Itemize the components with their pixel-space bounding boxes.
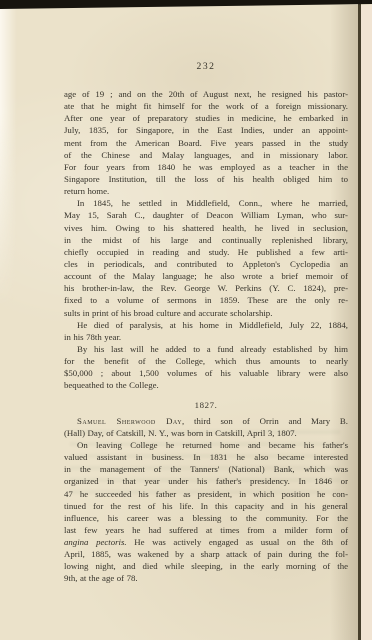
paragraph: age of 19 ; and on the 20th of August ne… (64, 88, 348, 197)
scanner-edge-top (0, 0, 372, 9)
text-line: By his last will he added to a fund alre… (64, 343, 348, 355)
section-heading: 1827. (64, 399, 348, 411)
text-line: in the management of the Tanners' (Natio… (64, 463, 348, 475)
text-line: For four years from 1840 he was employed… (64, 161, 348, 173)
paragraph: Samuel Sherwood Day, third son of Orrin … (64, 415, 348, 439)
text-line: account of the Malay language; he also w… (64, 270, 348, 282)
text-line: organized in that year under his father'… (64, 475, 348, 487)
text-line: fixed to a volume of sermons in 1859. Th… (64, 294, 348, 306)
text-line: chiefly occupied in reading and study. H… (64, 246, 348, 258)
text-line: return home. (64, 185, 348, 197)
text-line: his brother-in-law, the Rev. George W. P… (64, 282, 348, 294)
text-line: influence, his career was a blessing to … (64, 512, 348, 524)
text-line: May 15, Sarah C., daughter of Deacon Wil… (64, 209, 348, 221)
text-line: ment from the American Board. Five years… (64, 137, 348, 149)
adjacent-page-strip (360, 5, 372, 640)
text-line: tinued for the rest of his life. In this… (64, 500, 348, 512)
text-line: 9th, at the age of 78. (64, 572, 348, 584)
text-line: angina pectoris. He was actively engaged… (64, 536, 348, 548)
text-line: (Hall) Day, of Catskill, N. Y., was born… (64, 427, 348, 439)
text-line: In 1845, he settled in Middlefield, Conn… (64, 197, 348, 209)
text-line: July, 1835, for Singapore, in the East I… (64, 124, 348, 136)
text-line: He died of paralysis, at his home in Mid… (64, 319, 348, 331)
text-line: On leaving College he returned home and … (64, 439, 348, 451)
text-line: in the midst of his large and continuall… (64, 234, 348, 246)
text-line: bequeathed to the College. (64, 379, 348, 391)
text-line: ate that he might fit himself for the wo… (64, 100, 348, 112)
paragraph: He died of paralysis, at his home in Mid… (64, 319, 348, 343)
text-line: 47 he succeeded his father as president,… (64, 488, 348, 500)
text-line: last few years he had suffered at times … (64, 524, 348, 536)
paragraph: On leaving College he returned home and … (64, 439, 348, 585)
text-line: valued assistant in business. In 1831 he… (64, 451, 348, 463)
text-line: cles in periodicals, and contributed to … (64, 258, 348, 270)
book-page-scan: 232 age of 19 ; and on the 20th of Augus… (0, 0, 372, 640)
text-line: sults in print of his broad culture and … (64, 307, 348, 319)
text-line: lowing night, and died while sleeping, i… (64, 560, 348, 572)
text-line: After one year of preparatory studies in… (64, 112, 348, 124)
page-edge-line-right (358, 4, 361, 640)
text-line: age of 19 ; and on the 20th of August ne… (64, 88, 348, 100)
paragraph: In 1845, he settled in Middlefield, Conn… (64, 197, 348, 318)
page-number: 232 (64, 61, 348, 72)
text-line: for the benefit of the College, which th… (64, 355, 348, 367)
text-line: in his 78th year. (64, 331, 348, 343)
text-line: Samuel Sherwood Day, third son of Orrin … (64, 415, 348, 427)
page-edge-highlight-left (0, 7, 17, 307)
text-column: age of 19 ; and on the 20th of August ne… (64, 88, 348, 585)
text-line: Singapore Institution, till the loss of … (64, 173, 348, 185)
paragraph: By his last will he added to a fund alre… (64, 343, 348, 392)
text-line: April, 1885, was wakened by a sharp atta… (64, 548, 348, 560)
text-line: vives him. Owing to his shattered health… (64, 222, 348, 234)
text-line: $50,000 ; about 1,500 volumes of his val… (64, 367, 348, 379)
text-line: of the Chinese and Malay languages, and … (64, 149, 348, 161)
